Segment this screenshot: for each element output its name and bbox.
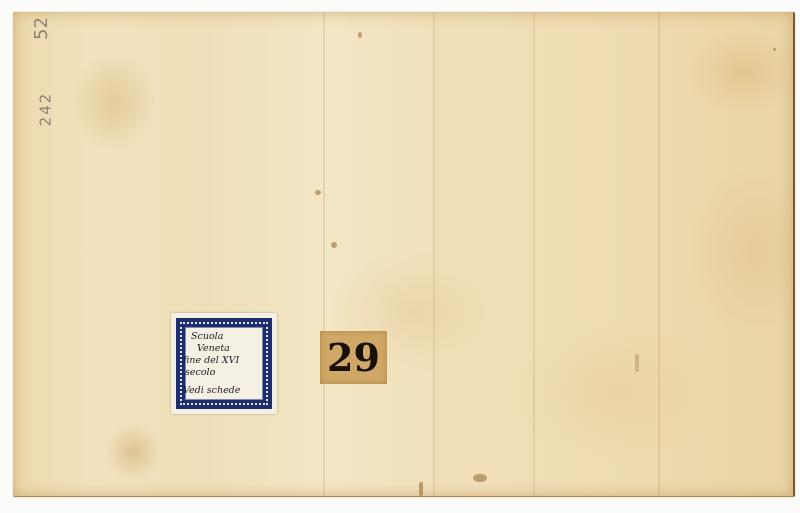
foxing-spot [331, 242, 337, 248]
collection-label: Scuola Veneta fine del XVI secolo Vedi s… [171, 313, 277, 414]
foxing-spot [419, 482, 423, 496]
foxing-spot [635, 354, 639, 372]
fold-line [323, 12, 325, 496]
fold-line [658, 12, 660, 496]
foxing-spot [315, 190, 321, 195]
pencil-mark-side: 242 [36, 92, 54, 127]
fold-line [433, 12, 435, 496]
number-label: 29 [320, 331, 387, 384]
foxing-spot [358, 32, 362, 38]
foxing-spot [773, 48, 776, 51]
pencil-mark-top: 52 [31, 17, 52, 40]
foxing-spot [473, 474, 487, 482]
label-handwriting: Scuola Veneta fine del XVI secolo Vedi s… [183, 331, 240, 397]
number-value: 29 [320, 335, 387, 380]
fold-line [533, 12, 535, 496]
paper-sheet [13, 12, 795, 497]
